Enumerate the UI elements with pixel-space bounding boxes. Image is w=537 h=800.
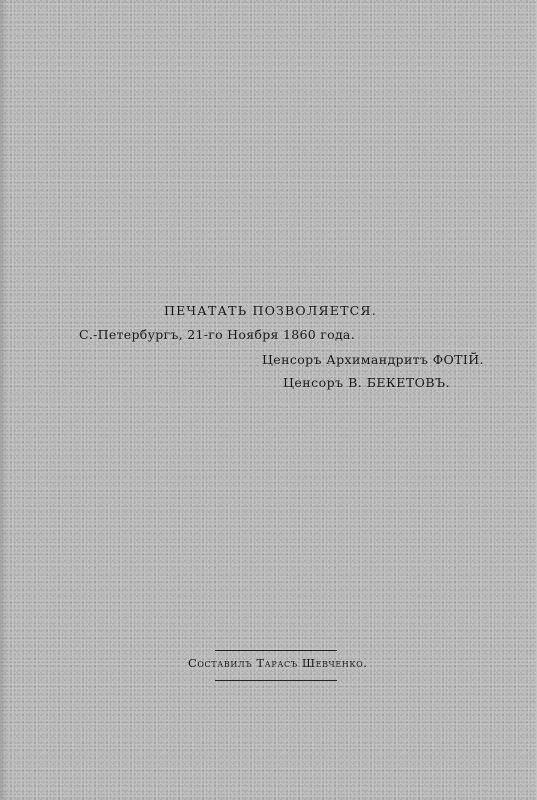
censor-signature-1: Ценсоръ Архимандритъ ФОТІЙ. xyxy=(262,352,484,367)
compiled-by-line: Составилъ Тарасъ Шевченко. xyxy=(188,656,368,670)
divider-bottom xyxy=(215,680,337,681)
place-and-date: С.-Петербургъ, 21-го Ноября 1860 года. xyxy=(79,327,355,342)
print-permission-heading: ПЕЧАТАТЬ ПОЗВОЛЯЕТСЯ. xyxy=(164,303,377,318)
document-page: ПЕЧАТАТЬ ПОЗВОЛЯЕТСЯ. С.-Петербургъ, 21-… xyxy=(0,0,537,800)
divider-top xyxy=(215,650,337,651)
censor-signature-2: Ценсоръ В. БЕКЕТОВЪ. xyxy=(283,375,450,390)
